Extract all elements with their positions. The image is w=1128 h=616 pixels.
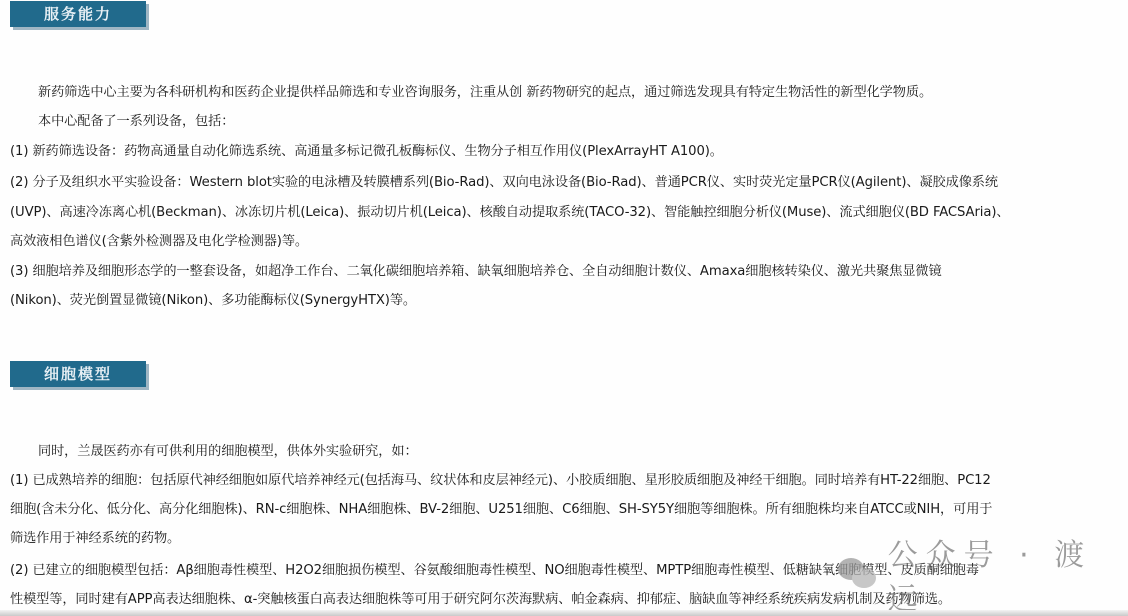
list-item-continued: 筛选作用于神经系统的药物。: [10, 530, 1120, 548]
paragraph-line: 本中心配备了一系列设备，包括：: [38, 113, 1128, 131]
list-item: (3) 细胞培养及细胞形态学的一整套设备，如超净工作台、二氧化碳细胞培养箱、缺氧…: [10, 263, 1120, 281]
section-title-service-capability: 服务能力: [10, 1, 146, 27]
list-item: (1) 新药筛选设备：药物高通量自动化筛选系统、高通量多标记微孔板酶标仪、生物分…: [10, 143, 1120, 161]
list-item: (2) 已建立的细胞模型包括：Aβ细胞毒性模型、H2O2细胞损伤模型、谷氨酸细胞…: [10, 562, 1120, 580]
list-item-continued: 细胞(含未分化、低分化、高分化细胞株)、RN-c细胞株、NHA细胞株、BV-2细…: [10, 501, 1120, 519]
paragraph-line: 新药筛选中心主要为各科研机构和医药企业提供样品筛选和专业咨询服务，注重从创 新药…: [38, 84, 1128, 102]
list-item: (1) 已成熟培养的细胞：包括原代神经细胞如原代培养神经元(包括海马、纹状体和皮…: [10, 472, 1120, 490]
bottom-edge: [0, 610, 1128, 616]
list-item-continued: 性模型等，同时建有APP高表达细胞株、α-突触核蛋白高表达细胞株等可用于研究阿尔…: [10, 591, 1120, 609]
list-item: (2) 分子及组织水平实验设备：Western blot实验的电泳槽及转膜槽系列…: [10, 174, 1120, 192]
list-item-continued: (Nikon)、荧光倒置显微镜(Nikon)、多功能酶标仪(SynergyHTX…: [10, 292, 1120, 310]
list-item-continued: 高效液相色谱仪(含紫外检测器及电化学检测器)等。: [10, 233, 1120, 251]
document-page: 服务能力 新药筛选中心主要为各科研机构和医药企业提供样品筛选和专业咨询服务，注重…: [0, 0, 1128, 616]
list-item-continued: (UVP)、高速冷冻离心机(Beckman)、冰冻切片机(Leica)、振动切片…: [10, 204, 1120, 222]
paragraph-line: 同时，兰晟医药亦有可供利用的细胞模型，供体外实验研究，如：: [38, 443, 1128, 461]
section-title-cell-models: 细胞模型: [10, 361, 146, 387]
